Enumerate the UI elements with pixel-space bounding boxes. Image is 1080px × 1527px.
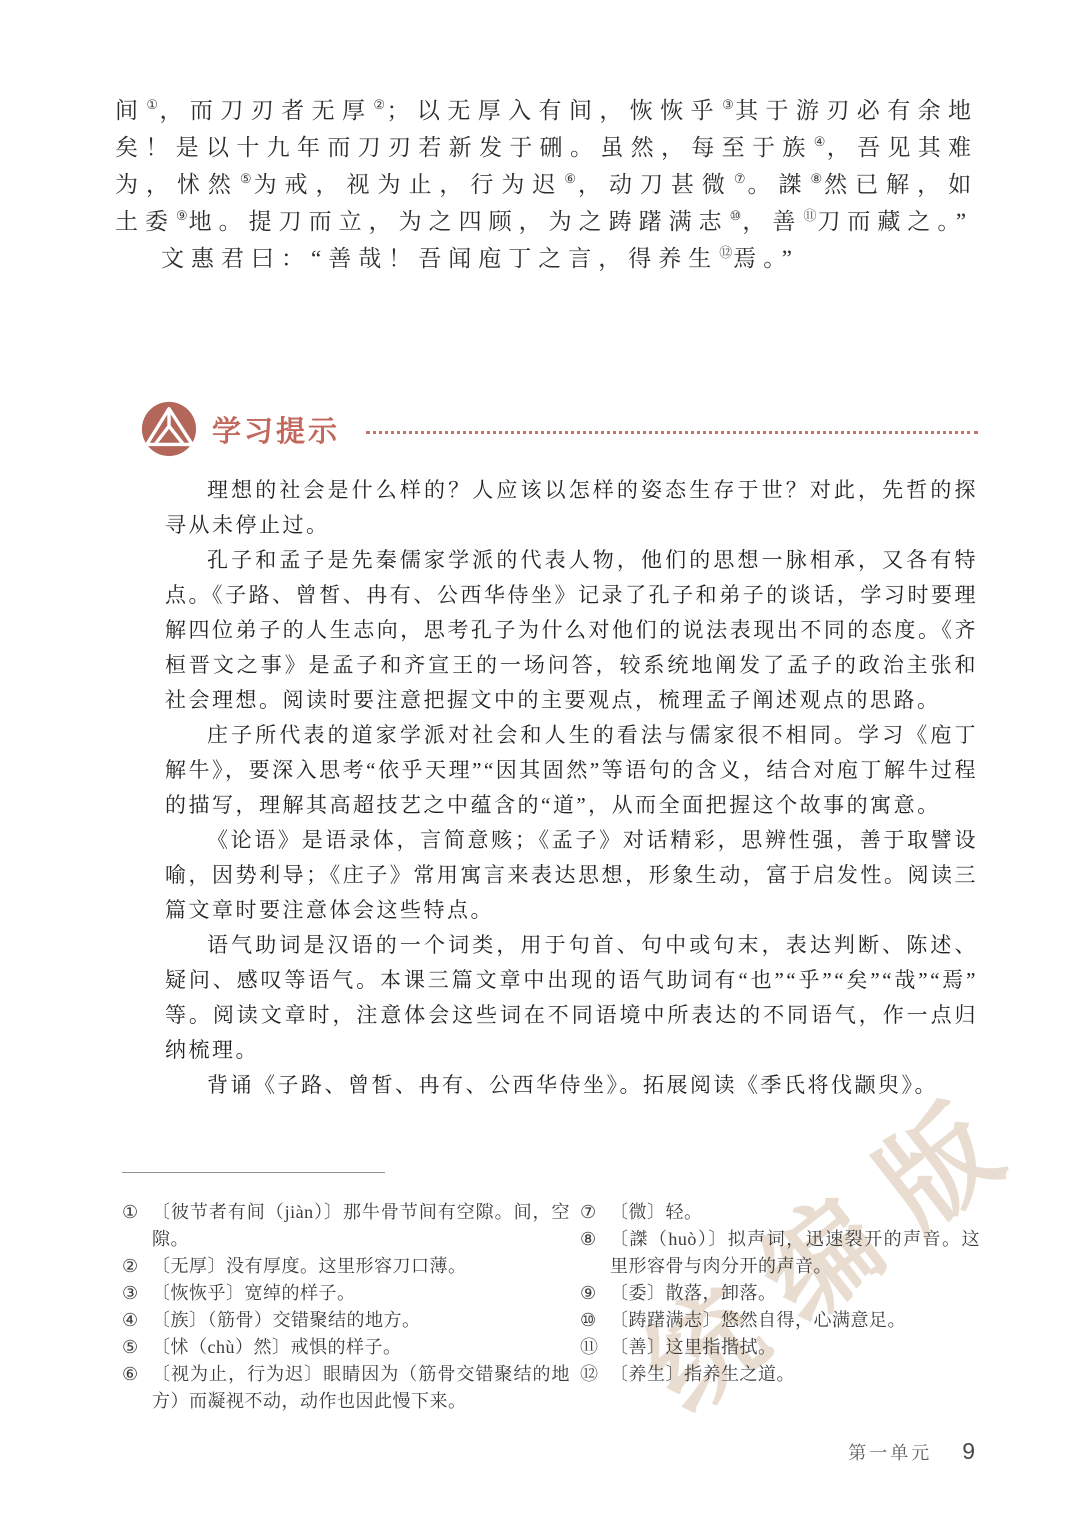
footnote-columns: ① 〔彼节者有间（jiàn）〕那牛骨节间有空隙。间，空隙。 ② 〔无厚〕没有厚度… (122, 1199, 980, 1415)
study-tips-paragraph: 语气助词是汉语的一个词类，用于句首、句中或句末，表达判断、陈述、疑问、感叹等语气… (165, 928, 978, 1068)
study-tips-body: 理想的社会是什么样的？人应该以怎样的姿态生存于世？对此，先哲的探寻从未停止过。 … (140, 473, 978, 1103)
footnote-item: ⑤ 〔怵（chù）然〕戒惧的样子。 (122, 1334, 570, 1361)
footnote-number: ④ (122, 1307, 152, 1334)
footnote-text: 〔无厚〕没有厚度。这里形容刀口薄。 (152, 1253, 570, 1280)
study-tips-paragraph: 背诵《子路、曾皙、冉有、公西华侍坐》。拓展阅读《季氏将伐颛臾》。 (165, 1068, 978, 1103)
footnotes-section: ① 〔彼节者有间（jiàn）〕那牛骨节间有空隙。间，空隙。 ② 〔无厚〕没有厚度… (122, 1172, 980, 1415)
triangle-logo-icon (140, 400, 198, 458)
page-number: 9 (962, 1438, 975, 1465)
footnote-number: ① (122, 1199, 152, 1253)
footnote-number: ⑫ (580, 1361, 610, 1388)
study-tips-paragraph: 《论语》是语录体，言简意赅；《孟子》对话精彩，思辨性强，善于取譬设喻，因势利导；… (165, 823, 978, 928)
footnote-item: ③ 〔恢恢乎〕宽绰的样子。 (122, 1280, 570, 1307)
footnote-number: ⑦ (580, 1199, 610, 1226)
footnote-text: 〔委〕散落，卸落。 (610, 1280, 980, 1307)
footnote-text: 〔微〕轻。 (610, 1199, 980, 1226)
footnote-number: ③ (122, 1280, 152, 1307)
footnote-item: ④ 〔族〕（筋骨）交错聚结的地方。 (122, 1307, 570, 1334)
classical-text-section: 间①，而刀刃者无厚②；以无厚入有间，恢恢乎③其于游刃必有余地矣！是以十九年而刀刃… (115, 92, 978, 277)
study-tips-paragraph: 庄子所代表的道家学派对社会和人生的看法与儒家很不相同。学习《庖丁解牛》，要深入思… (165, 718, 978, 823)
footnote-column-right: ⑦ 〔微〕轻。 ⑧ 〔謋（huò）〕拟声词，迅速裂开的声音。这里形容骨与肉分开的… (580, 1199, 980, 1415)
footnote-item: ② 〔无厚〕没有厚度。这里形容刀口薄。 (122, 1253, 570, 1280)
classical-text-paragraph-2: 文惠君曰：“善哉！吾闻庖丁之言，得养生⑫焉。” (115, 240, 978, 277)
footnote-text: 〔彼节者有间（jiàn）〕那牛骨节间有空隙。间，空隙。 (152, 1199, 570, 1253)
footnote-divider-line (122, 1172, 385, 1173)
footnote-item: ⑩ 〔踌躇满志〕悠然自得，心满意足。 (580, 1307, 980, 1334)
footnote-number: ⑪ (580, 1334, 610, 1361)
study-tips-paragraph: 孔子和孟子是先秦儒家学派的代表人物，他们的思想一脉相承，又各有特点。《子路、曾皙… (165, 543, 978, 718)
footnote-text: 〔恢恢乎〕宽绰的样子。 (152, 1280, 570, 1307)
footnote-number: ⑨ (580, 1280, 610, 1307)
footnote-column-left: ① 〔彼节者有间（jiàn）〕那牛骨节间有空隙。间，空隙。 ② 〔无厚〕没有厚度… (122, 1199, 570, 1415)
footnote-text: 〔视为止，行为迟〕眼睛因为（筋骨交错聚结的地方）而凝视不动，动作也因此慢下来。 (152, 1361, 570, 1415)
footnote-number: ② (122, 1253, 152, 1280)
footnote-item: ⑧ 〔謋（huò）〕拟声词，迅速裂开的声音。这里形容骨与肉分开的声音。 (580, 1226, 980, 1280)
study-tips-title: 学习提示 (212, 409, 340, 450)
footnote-item: ⑫ 〔养生〕指养生之道。 (580, 1361, 980, 1388)
unit-label: 第一单元 (848, 1439, 932, 1465)
study-tips-section: 学习提示 理想的社会是什么样的？人应该以怎样的姿态生存于世？对此，先哲的探寻从未… (140, 398, 978, 1103)
footnote-number: ⑧ (580, 1226, 610, 1280)
footnote-text: 〔族〕（筋骨）交错聚结的地方。 (152, 1307, 570, 1334)
footnote-text: 〔善〕这里指揩拭。 (610, 1334, 980, 1361)
textbook-page: 统编版 间①，而刀刃者无厚②；以无厚入有间，恢恢乎③其于游刃必有余地矣！是以十九… (0, 0, 1080, 1527)
footnote-item: ⑥ 〔视为止，行为迟〕眼睛因为（筋骨交错聚结的地方）而凝视不动，动作也因此慢下来… (122, 1361, 570, 1415)
footnote-text: 〔养生〕指养生之道。 (610, 1361, 980, 1388)
page-footer: 第一单元 9 (848, 1438, 975, 1465)
dotted-divider (366, 431, 978, 434)
footnote-number: ⑤ (122, 1334, 152, 1361)
classical-text-paragraph-1: 间①，而刀刃者无厚②；以无厚入有间，恢恢乎③其于游刃必有余地矣！是以十九年而刀刃… (115, 92, 978, 240)
footnote-item: ⑪ 〔善〕这里指揩拭。 (580, 1334, 980, 1361)
footnote-item: ⑨ 〔委〕散落，卸落。 (580, 1280, 980, 1307)
footnote-text: 〔踌躇满志〕悠然自得，心满意足。 (610, 1307, 980, 1334)
study-tips-header: 学习提示 (140, 398, 978, 460)
study-tips-paragraph: 理想的社会是什么样的？人应该以怎样的姿态生存于世？对此，先哲的探寻从未停止过。 (165, 473, 978, 543)
footnote-item: ⑦ 〔微〕轻。 (580, 1199, 980, 1226)
footnote-number: ⑩ (580, 1307, 610, 1334)
footnote-item: ① 〔彼节者有间（jiàn）〕那牛骨节间有空隙。间，空隙。 (122, 1199, 570, 1253)
footnote-text: 〔怵（chù）然〕戒惧的样子。 (152, 1334, 570, 1361)
footnote-number: ⑥ (122, 1361, 152, 1415)
footnote-text: 〔謋（huò）〕拟声词，迅速裂开的声音。这里形容骨与肉分开的声音。 (610, 1226, 980, 1280)
